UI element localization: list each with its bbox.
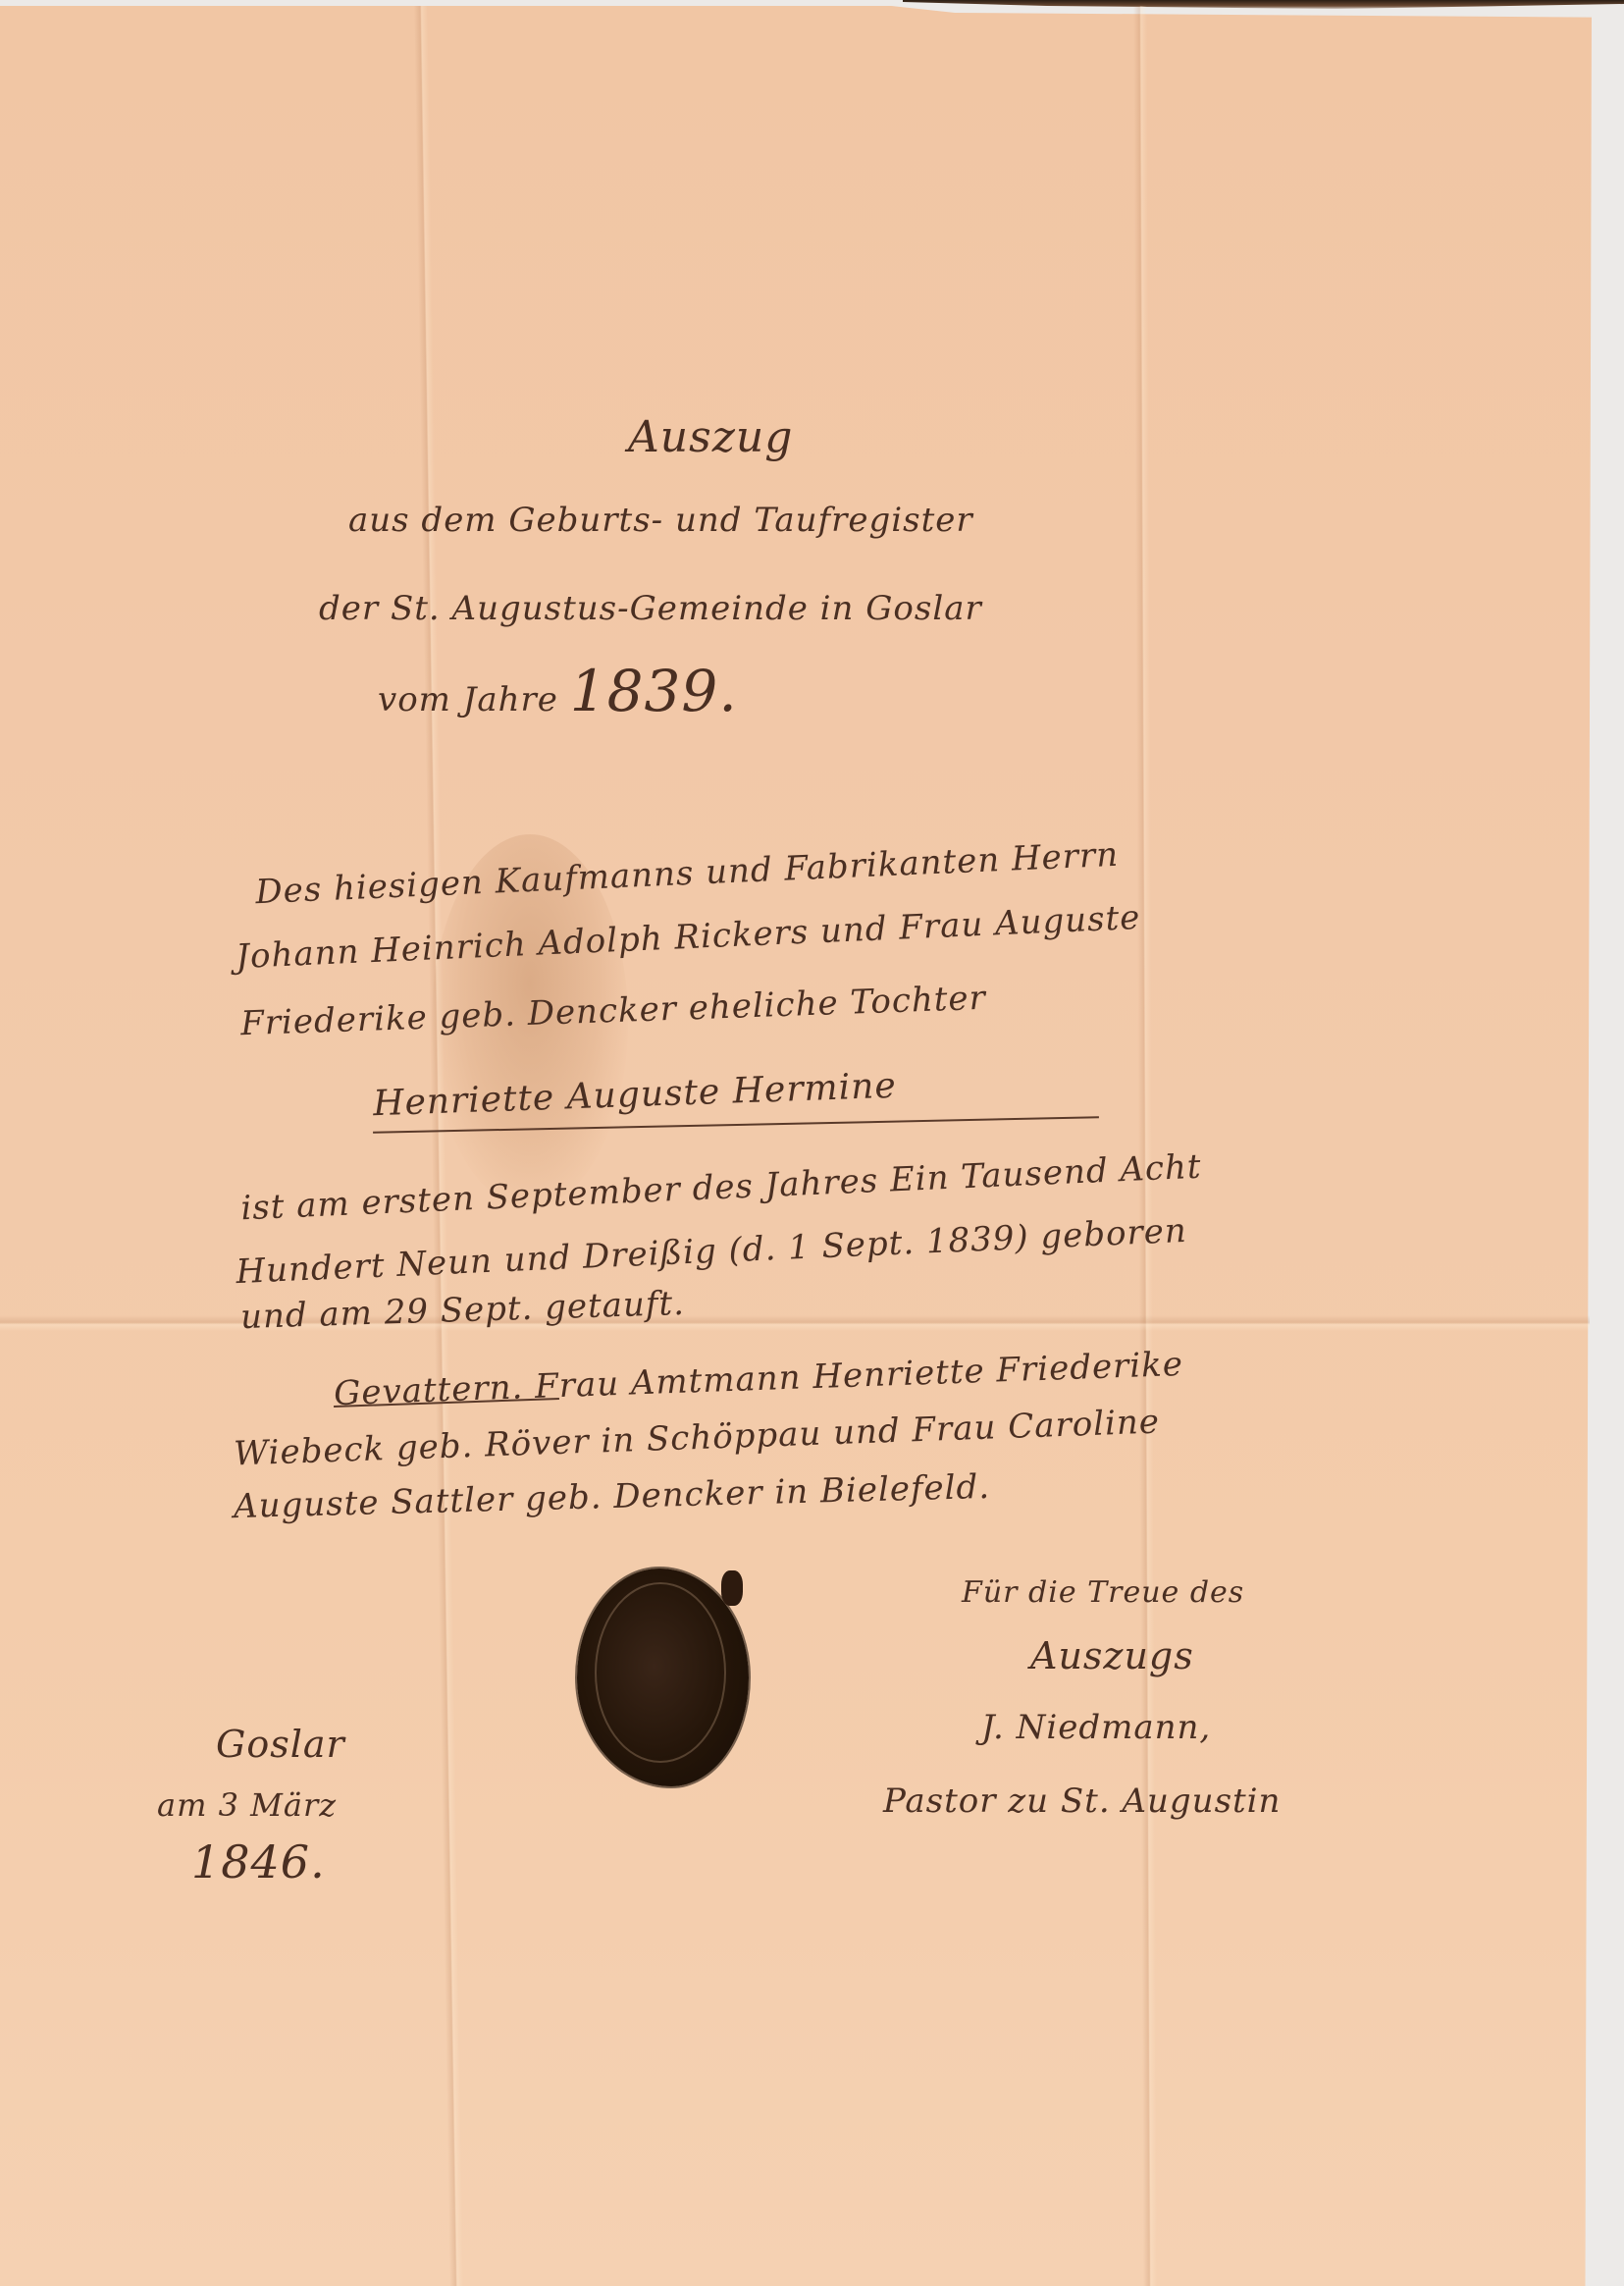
torn-top-edge [903, 0, 1624, 10]
date: am 3 März [157, 1786, 337, 1824]
signature-line-1: Für die Treue des [962, 1575, 1244, 1610]
document-title: Auszug [628, 412, 793, 462]
horizontal-fold [0, 1315, 1590, 1331]
heading-year: 1839. [570, 658, 738, 724]
wax-seal-drip [721, 1570, 743, 1606]
date-year: 1846. [191, 1835, 326, 1888]
heading-line-1: aus dem Geburts- und Taufregister [348, 501, 973, 540]
place: Goslar [216, 1723, 345, 1766]
signature-title: Pastor zu St. Augustin [883, 1781, 1281, 1821]
heading-line-3: vom Jahre 1839. [378, 658, 738, 724]
document-paper [0, 6, 1592, 2286]
signature-line-2: Auszugs [1030, 1634, 1194, 1677]
heading-line-2: der St. Augustus-Gemeinde in Goslar [319, 589, 982, 628]
seal-ring [595, 1582, 726, 1763]
signature-name: J. Niedmann, [981, 1708, 1211, 1747]
heading-year-prefix: vom Jahre [378, 680, 558, 719]
